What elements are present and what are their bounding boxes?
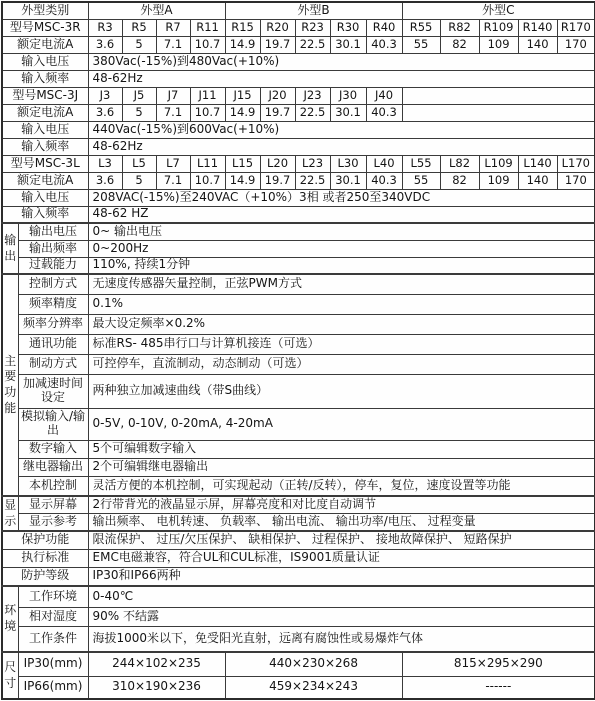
group-label-main-functions: 主要功能 <box>2 274 18 496</box>
current-cell: 109 <box>479 172 518 189</box>
spec-value: 海拔1000米以下，免受阳光直射，远离有腐蚀性或易爆炸气体 <box>88 626 595 652</box>
spec-value: 5个可编辑数字输入 <box>88 440 595 458</box>
model-cell: R30 <box>330 19 366 36</box>
current-cell: 109 <box>479 36 518 53</box>
model-cell: L55 <box>402 155 440 172</box>
model-cell: R55 <box>402 19 440 36</box>
row-label: 工作环境 <box>18 586 88 607</box>
row-label-current-r: 额定电流A <box>2 36 88 53</box>
current-cell: 22.5 <box>295 104 330 121</box>
model-cell: L20 <box>260 155 295 172</box>
spec-value: 输出频率、 电机转速、 负载率、 输出电流、 输出功率/电压、 过程变量 <box>88 513 595 531</box>
row-label-model-r: 型号MSC-3R <box>2 19 88 36</box>
current-cell: 22.5 <box>295 36 330 53</box>
row-label: 制动方式 <box>18 354 88 374</box>
row-label-voltage-l: 输入电压 <box>2 189 88 206</box>
current-cell: 10.7 <box>190 104 225 121</box>
model-cell: J40 <box>366 87 402 104</box>
current-cell: 170 <box>557 36 595 53</box>
current-cell: 40.3 <box>366 104 402 121</box>
row-label-freq-l: 输入频率 <box>2 206 88 223</box>
model-cell: L109 <box>479 155 518 172</box>
row-label: 数字输入 <box>18 440 88 458</box>
model-cell: L23 <box>295 155 330 172</box>
dim-cell-c: ------ <box>402 676 595 699</box>
row-label-freq-r: 输入频率 <box>2 70 88 87</box>
model-cell: L40 <box>366 155 402 172</box>
current-cell: 55 <box>402 36 440 53</box>
row-label: 控制方式 <box>18 274 88 294</box>
row-label: 频率分辨率 <box>18 314 88 334</box>
spec-value: 最大设定频率×0.2% <box>88 314 595 334</box>
row-label-current-j: 额定电流A <box>2 104 88 121</box>
current-cell: 10.7 <box>190 36 225 53</box>
header-group-b: 外型B <box>225 2 402 19</box>
header-group-c: 外型C <box>402 2 595 19</box>
row-label-voltage-r: 输入电压 <box>2 53 88 70</box>
model-cell: J23 <box>295 87 330 104</box>
row-label-model-l: 型号MSC-3L <box>2 155 88 172</box>
spec-value: 0~200Hz <box>88 240 595 257</box>
dim-cell-c: 815×295×290 <box>402 652 595 676</box>
model-cell: J11 <box>190 87 225 104</box>
current-cell: 14.9 <box>225 104 260 121</box>
model-cell: R170 <box>557 19 595 36</box>
current-cell: 3.6 <box>88 104 122 121</box>
model-cell: R23 <box>295 19 330 36</box>
row-label-voltage-j: 输入电压 <box>2 121 88 138</box>
current-cell: 19.7 <box>260 172 295 189</box>
current-cell: 14.9 <box>225 172 260 189</box>
current-cell: 19.7 <box>260 104 295 121</box>
row-label: 加减速时间设定 <box>18 374 88 408</box>
dim-cell-b: 440×230×268 <box>225 652 402 676</box>
current-cell: 10.7 <box>190 172 225 189</box>
row-label-standards: 执行标准 <box>2 549 88 567</box>
current-cell: 140 <box>518 36 557 53</box>
spec-value: IP30和IP66两种 <box>88 567 595 586</box>
current-cell: 5 <box>122 172 156 189</box>
model-cell: J7 <box>156 87 190 104</box>
current-cell: 30.1 <box>330 36 366 53</box>
current-cell: 40.3 <box>366 36 402 53</box>
current-cell: 7.1 <box>156 172 190 189</box>
current-cell: 3.6 <box>88 36 122 53</box>
model-cell: L140 <box>518 155 557 172</box>
row-label: 继电器输出 <box>18 458 88 476</box>
spec-value: 无速度传感器矢量控制，正弦PWM方式 <box>88 274 595 294</box>
model-cell: L5 <box>122 155 156 172</box>
current-cell: 170 <box>557 172 595 189</box>
current-cell: 82 <box>440 36 479 53</box>
spec-value: 两种独立加减速曲线（带S曲线） <box>88 374 595 408</box>
model-cell: R109 <box>479 19 518 36</box>
spec-value: 可控停车，直流制动，动态制动（可选） <box>88 354 595 374</box>
spec-value: 限流保护、 过压/欠压保护、 缺相保护、 过程保护、 接地故障保护、 短路保护 <box>88 531 595 549</box>
spec-value: 2行带背光的液晶显示屏，屏幕亮度和对比度自动调节 <box>88 496 595 513</box>
empty-cell <box>402 104 595 121</box>
group-label-display: 显示 <box>2 496 18 531</box>
model-cell: L11 <box>190 155 225 172</box>
model-cell: L170 <box>557 155 595 172</box>
header-category: 外型类别 <box>2 2 88 19</box>
dim-cell-b: 459×234×243 <box>225 676 402 699</box>
spec-value: 48-62Hz <box>88 70 595 87</box>
row-label: 输出频率 <box>18 240 88 257</box>
spec-value: 灵活方便的本机控制，可实现起动（正转/反转），停车，复位，速度设置等功能 <box>88 476 595 496</box>
model-cell: R3 <box>88 19 122 36</box>
spec-value: 标准RS- 485串行口与计算机接连（可选） <box>88 334 595 354</box>
model-cell: L3 <box>88 155 122 172</box>
empty-cell <box>402 87 595 104</box>
current-cell: 22.5 <box>295 172 330 189</box>
current-cell: 14.9 <box>225 36 260 53</box>
model-cell: R15 <box>225 19 260 36</box>
row-label: 频率精度 <box>18 294 88 314</box>
model-cell: J30 <box>330 87 366 104</box>
current-cell: 5 <box>122 104 156 121</box>
current-cell: 82 <box>440 172 479 189</box>
spec-value: 110%, 持续1分钟 <box>88 257 595 274</box>
model-cell: L7 <box>156 155 190 172</box>
row-label-protection: 保护功能 <box>2 531 88 549</box>
row-label: 输出电压 <box>18 223 88 240</box>
dim-cell-a: 310×190×236 <box>88 676 225 699</box>
spec-value: 48-62Hz <box>88 138 595 155</box>
row-label: 模拟输入/输出 <box>18 408 88 440</box>
model-cell: L30 <box>330 155 366 172</box>
model-cell: R40 <box>366 19 402 36</box>
model-cell: L82 <box>440 155 479 172</box>
spec-value: 440Vac(-15%)到600Vac(+10%) <box>88 121 595 138</box>
group-label-environment: 环境 <box>2 586 18 652</box>
current-cell: 7.1 <box>156 104 190 121</box>
row-label-model-j: 型号MSC-3J <box>2 87 88 104</box>
model-cell: R11 <box>190 19 225 36</box>
row-label: 工作条件 <box>18 626 88 652</box>
model-cell: J3 <box>88 87 122 104</box>
model-cell: R20 <box>260 19 295 36</box>
current-cell: 140 <box>518 172 557 189</box>
row-label: 显示屏幕 <box>18 496 88 513</box>
current-cell: 40.3 <box>366 172 402 189</box>
current-cell: 19.7 <box>260 36 295 53</box>
spec-value: 48-62 HZ <box>88 206 595 223</box>
group-label-output: 输出 <box>2 223 18 274</box>
model-cell: R5 <box>122 19 156 36</box>
row-label: 显示参考 <box>18 513 88 531</box>
spec-value: 380Vac(-15%)到480Vac(+10%) <box>88 53 595 70</box>
spec-value: 208VAC(-15%)至240VAC（+10%）3相 或者250至340VDC <box>88 189 595 206</box>
row-label-current-l: 额定电流A <box>2 172 88 189</box>
row-label-ip66: IP66(mm) <box>18 676 88 699</box>
current-cell: 30.1 <box>330 172 366 189</box>
row-label-freq-j: 输入频率 <box>2 138 88 155</box>
current-cell: 30.1 <box>330 104 366 121</box>
row-label: 通讯功能 <box>18 334 88 354</box>
row-label: 相对湿度 <box>18 607 88 626</box>
current-cell: 55 <box>402 172 440 189</box>
row-label: 本机控制 <box>18 476 88 496</box>
spec-value: 0.1% <box>88 294 595 314</box>
model-cell: R7 <box>156 19 190 36</box>
model-cell: J5 <box>122 87 156 104</box>
group-label-dimensions: 尺寸 <box>2 652 18 699</box>
spec-value: 90% 不结露 <box>88 607 595 626</box>
row-label: 过载能力 <box>18 257 88 274</box>
spec-value: 2个可编辑继电器输出 <box>88 458 595 476</box>
spec-value: EMC电磁兼容，符合UL和CUL标准，IS9001质量认证 <box>88 549 595 567</box>
row-label-ip30: IP30(mm) <box>18 652 88 676</box>
header-group-a: 外型A <box>88 2 225 19</box>
current-cell: 7.1 <box>156 36 190 53</box>
spec-value: 0-5V, 0-10V, 0-20mA, 4-20mA <box>88 408 595 440</box>
dim-cell-a: 244×102×235 <box>88 652 225 676</box>
model-cell: L15 <box>225 155 260 172</box>
current-cell: 3.6 <box>88 172 122 189</box>
model-cell: R82 <box>440 19 479 36</box>
model-cell: R140 <box>518 19 557 36</box>
row-label-ip-rating: 防护等级 <box>2 567 88 586</box>
model-cell: J20 <box>260 87 295 104</box>
spec-value: 0~ 输出电压 <box>88 223 595 240</box>
spec-table: 外型类别 外型A 外型B 外型C 型号MSC-3R R3 R5 R7 R11 R… <box>1 1 595 700</box>
current-cell: 5 <box>122 36 156 53</box>
spec-value: 0-40℃ <box>88 586 595 607</box>
model-cell: J15 <box>225 87 260 104</box>
